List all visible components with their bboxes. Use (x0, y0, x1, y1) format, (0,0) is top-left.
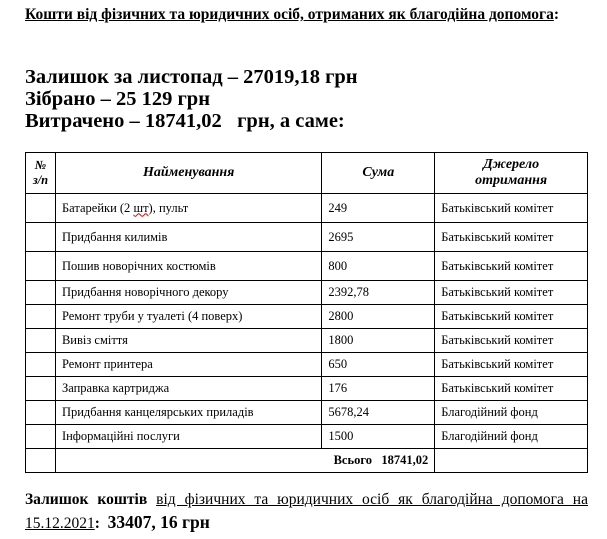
row-name: Ремонт принтера (55, 353, 321, 377)
table-row: Батарейки (2 шт), пульт 249 Батьківський… (26, 194, 588, 223)
row-sum: 5678,24 (322, 401, 435, 425)
row-source: Батьківський комітет (435, 305, 588, 329)
section-heading: Кошти від фізичних та юридичних осіб, от… (25, 4, 588, 25)
table-row: Заправка картриджа 176 Батьківський комі… (26, 377, 588, 401)
row-source: Батьківський комітет (435, 281, 588, 305)
row-name-part: ), пульт (149, 201, 189, 215)
total-source-cell (435, 449, 588, 473)
table-row: Придбання канцелярських приладів 5678,24… (26, 401, 588, 425)
row-sum: 650 (322, 353, 435, 377)
row-sum: 176 (322, 377, 435, 401)
table-row: Ремонт труби у туалеті (4 поверх) 2800 Б… (26, 305, 588, 329)
header-source-line2: отримання (475, 173, 547, 188)
row-name: Ремонт труби у туалеті (4 поверх) (55, 305, 321, 329)
row-number (26, 194, 56, 223)
table-row: Інформаційні послуги 1500 Благодійний фо… (26, 425, 588, 449)
heading-colon: : (554, 6, 559, 23)
row-name: Придбання новорічного декору (55, 281, 321, 305)
row-sum: 2392,78 (322, 281, 435, 305)
table-row: Придбання килимів 2695 Батьківський комі… (26, 223, 588, 252)
row-name: Заправка картриджа (55, 377, 321, 401)
row-name: Батарейки (2 шт), пульт (55, 194, 321, 223)
spellcheck-flag: шт (133, 201, 148, 215)
header-source-line1: Джерело (483, 157, 539, 172)
row-number (26, 425, 56, 449)
collected-amount: Зібрано – 25 129 грн (25, 88, 358, 110)
row-sum: 2800 (322, 305, 435, 329)
spent-amount: Витрачено – 18741,02 грн, а саме: (25, 110, 358, 132)
remaining-colon: : (95, 515, 100, 532)
row-name: Придбання килимів (55, 223, 321, 252)
row-name: Інформаційні послуги (55, 425, 321, 449)
row-source: Батьківський комітет (435, 377, 588, 401)
row-sum: 249 (322, 194, 435, 223)
table-row: Вивіз сміття 1800 Батьківський комітет (26, 329, 588, 353)
heading-title: Кошти від фізичних та юридичних осіб, от… (25, 6, 554, 23)
row-number (26, 329, 56, 353)
row-source: Батьківський комітет (435, 329, 588, 353)
expenses-table: № з/п Найменування Сума Джерело отриманн… (25, 152, 588, 473)
remaining-label: Залишок коштів (25, 491, 147, 508)
row-sum: 800 (322, 252, 435, 281)
header-number: № з/п (26, 153, 56, 194)
row-name: Пошив новорічних костюмів (55, 252, 321, 281)
header-number-symbol: № (35, 158, 46, 172)
total-number-cell (26, 449, 56, 473)
row-source: Батьківський комітет (435, 252, 588, 281)
table-row: Пошив новорічних костюмів 800 Батьківськ… (26, 252, 588, 281)
row-name: Придбання канцелярських приладів (55, 401, 321, 425)
balance-november: Залишок за листопад – 27019,18 грн (25, 66, 358, 88)
row-source: Батьківський комітет (435, 194, 588, 223)
table-row: Придбання новорічного декору 2392,78 Бат… (26, 281, 588, 305)
header-sum: Сума (322, 153, 435, 194)
row-number (26, 252, 56, 281)
header-number-sub: з/п (33, 173, 48, 187)
row-source: Батьківський комітет (435, 353, 588, 377)
row-source: Благодійний фонд (435, 401, 588, 425)
row-sum: 1800 (322, 329, 435, 353)
table-total-row: Всього 18741,02 (26, 449, 588, 473)
row-number (26, 281, 56, 305)
row-number (26, 401, 56, 425)
row-sum: 1500 (322, 425, 435, 449)
remaining-balance: Залишок коштів від фізичних та юридичних… (25, 488, 588, 535)
row-number (26, 377, 56, 401)
row-name-part: Батарейки (2 (62, 201, 133, 215)
row-number (26, 353, 56, 377)
remaining-amount: 33407, 16 грн (108, 512, 210, 532)
row-name: Вивіз сміття (55, 329, 321, 353)
total-value: Всього 18741,02 (55, 449, 434, 473)
header-source: Джерело отримання (435, 153, 588, 194)
row-source: Благодійний фонд (435, 425, 588, 449)
row-source: Батьківський комітет (435, 223, 588, 252)
row-number (26, 305, 56, 329)
summary-block: Залишок за листопад – 27019,18 грн Зібра… (25, 66, 358, 132)
table-row: Ремонт принтера 650 Батьківський комітет (26, 353, 588, 377)
row-number (26, 223, 56, 252)
row-sum: 2695 (322, 223, 435, 252)
header-name: Найменування (55, 153, 321, 194)
table-header-row: № з/п Найменування Сума Джерело отриманн… (26, 153, 588, 194)
